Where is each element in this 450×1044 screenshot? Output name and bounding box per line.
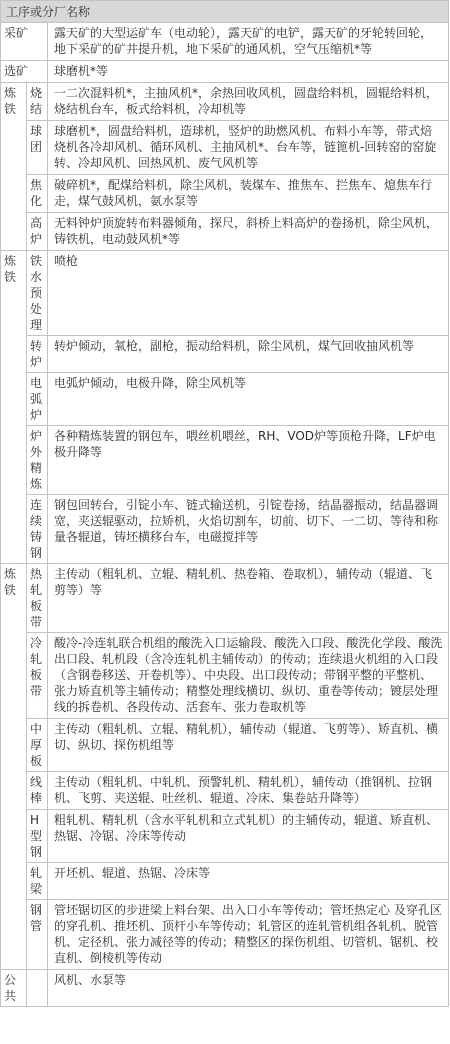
equipment-list-mining: 露天矿的大型运矿车（电动轮），露天矿的电铲，露天矿的牙轮转回轮，地下采矿的矿井提… <box>48 23 449 61</box>
subprocess-label-hot-rolled-strip: 热轧板带 <box>27 564 48 633</box>
equipment-list-public: 风机、水泵等 <box>48 970 449 1007</box>
equipment-list-hot-rolled-strip: 主传动（粗轧机、立辊、精轧机、热卷箱、卷取机），辅传动（辊道、飞剪等）等 <box>48 564 449 633</box>
table-row: 公共 风机、水泵等 <box>1 970 449 1007</box>
equipment-list-coking: 破碎机*，配煤给料机，除尘风机，装煤车、推焦车、拦焦车、熄焦车行走，煤气鼓风机，… <box>48 175 449 213</box>
subprocess-label-beam-rolling: 轧梁 <box>27 863 48 900</box>
subprocess-label-medium-plate: 中厚板 <box>27 719 48 772</box>
table-row: 炉外精炼 各种精炼装置的钢包车，喂丝机喂丝，RH、VOD炉等顶枪升降，LF炉电极… <box>1 426 449 495</box>
table-row: 炼铁 铁水预处理 喷枪 <box>1 251 449 336</box>
table-row: 连续铸钢 钢包回转台，引锭小车、链式输送机，引锭卷扬，结晶器振动，结晶器调宽，夹… <box>1 495 449 564</box>
table-row: 炼铁 烧结 一二次混料机*，主抽风机*，余热回收风机，圆盘给料机，圆辊给料机，烧… <box>1 83 449 121</box>
subprocess-label-steel-pipe: 钢管 <box>27 900 48 970</box>
equipment-list-beneficiation: 球磨机*等 <box>48 61 449 83</box>
group-label-ironmaking-1: 炼铁 <box>1 83 27 251</box>
table-row: 焦化 破碎机*，配煤给料机，除尘风机，装煤车、推焦车、拦焦车、熄焦车行走，煤气鼓… <box>1 175 449 213</box>
group-label-ironmaking-3: 炼铁 <box>1 564 27 970</box>
subprocess-label-pelletizing: 球团 <box>27 121 48 175</box>
equipment-list-hot-metal-pretreatment: 喷枪 <box>48 251 449 336</box>
table-header-row: 工序或分厂名称 <box>1 1 449 23</box>
subprocess-label-coking: 焦化 <box>27 175 48 213</box>
table-row: 球团 球磨机*，圆盘给料机，造球机，竖炉的助燃风机、布料小车等，带式焙烧机各冷却… <box>1 121 449 175</box>
table-row: 采矿 露天矿的大型运矿车（电动轮），露天矿的电铲，露天矿的牙轮转回轮，地下采矿的… <box>1 23 449 61</box>
subprocess-label-ladle-refining: 炉外精炼 <box>27 426 48 495</box>
process-label-beneficiation: 选矿 <box>1 61 48 83</box>
subprocess-label-wire-rod: 线棒 <box>27 772 48 810</box>
equipment-list-wire-rod: 主传动（粗轧机、中轧机、预警轧机、精轧机），辅传动（推钢机、拉钢机、飞剪、夹送辊… <box>48 772 449 810</box>
subprocess-label-blast-furnace: 高炉 <box>27 213 48 251</box>
equipment-list-medium-plate: 主传动（粗轧机、立辊、精轧机），辅传动（辊道、飞剪等）、矫直机、横切、纵切、探伤… <box>48 719 449 772</box>
equipment-list-converter: 转炉倾动，氧枪，副枪，振动给料机，除尘风机，煤气回收抽风机等 <box>48 336 449 373</box>
subprocess-label-converter: 转炉 <box>27 336 48 373</box>
table-row: 炼铁 热轧板带 主传动（粗轧机、立辊、精轧机、热卷箱、卷取机），辅传动（辊道、飞… <box>1 564 449 633</box>
equipment-list-sintering: 一二次混料机*，主抽风机*，余热回收风机，圆盘给料机，圆辊给料机，烧结机台车，板… <box>48 83 449 121</box>
table-row: 轧梁 开坯机、辊道、热锯、冷床等 <box>1 863 449 900</box>
table-row: 线棒 主传动（粗轧机、中轧机、预警轧机、精轧机），辅传动（推钢机、拉钢机、飞剪、… <box>1 772 449 810</box>
table-row: H型钢 粗轧机、精轧机（含水平轧机和立式轧机）的主辅传动，辊道、矫直机、热锯、冷… <box>1 810 449 863</box>
equipment-list-h-beam: 粗轧机、精轧机（含水平轧机和立式轧机）的主辅传动，辊道、矫直机、热锯、冷锯、冷床… <box>48 810 449 863</box>
process-label-mining: 采矿 <box>1 23 48 61</box>
subprocess-label-sintering: 烧结 <box>27 83 48 121</box>
equipment-list-cold-rolled-strip: 酸冷-冷连轧联合机组的酸洗入口运输段、酸洗入口段、酸洗化学段、酸洗出口段、轧机段… <box>48 633 449 719</box>
table-row: 中厚板 主传动（粗轧机、立辊、精轧机），辅传动（辊道、飞剪等）、矫直机、横切、纵… <box>1 719 449 772</box>
process-equipment-table: 工序或分厂名称 采矿 露天矿的大型运矿车（电动轮），露天矿的电铲，露天矿的牙轮转… <box>0 0 449 1007</box>
equipment-list-ladle-refining: 各种精炼装置的钢包车，喂丝机喂丝，RH、VOD炉等顶枪升降，LF炉电极升降等 <box>48 426 449 495</box>
table-row: 高炉 无料钟炉顶旋转布料器倾角，探尺，斜桥上料高炉的卷扬机，除尘风机，铸铁机，电… <box>1 213 449 251</box>
subprocess-label-electric-arc-furnace: 电弧炉 <box>27 373 48 426</box>
process-label-public: 公共 <box>1 970 27 1007</box>
equipment-list-electric-arc-furnace: 电弧炉倾动，电极升降，除尘风机等 <box>48 373 449 426</box>
equipment-list-beam-rolling: 开坯机、辊道、热锯、冷床等 <box>48 863 449 900</box>
subprocess-label-cold-rolled-strip: 冷轧板带 <box>27 633 48 719</box>
subprocess-label-hot-metal-pretreatment: 铁水预处理 <box>27 251 48 336</box>
equipment-list-steel-pipe: 管坯锯切区的步进梁上料台架、出入口小车等传动；管坯热定心 及穿孔区的穿孔机、推坯… <box>48 900 449 970</box>
equipment-list-pelletizing: 球磨机*，圆盘给料机，造球机，竖炉的助燃风机、布料小车等，带式焙烧机各冷却风机、… <box>48 121 449 175</box>
table-title: 工序或分厂名称 <box>1 1 449 23</box>
group-label-ironmaking-2: 炼铁 <box>1 251 27 564</box>
subprocess-label-continuous-casting: 连续铸钢 <box>27 495 48 564</box>
equipment-list-blast-furnace: 无料钟炉顶旋转布料器倾角，探尺，斜桥上料高炉的卷扬机，除尘风机，铸铁机，电动鼓风… <box>48 213 449 251</box>
table-row: 电弧炉 电弧炉倾动，电极升降，除尘风机等 <box>1 373 449 426</box>
table-row: 选矿 球磨机*等 <box>1 61 449 83</box>
subprocess-label-h-beam: H型钢 <box>27 810 48 863</box>
table-row: 冷轧板带 酸冷-冷连轧联合机组的酸洗入口运输段、酸洗入口段、酸洗化学段、酸洗出口… <box>1 633 449 719</box>
empty-cell <box>27 970 48 1007</box>
equipment-list-continuous-casting: 钢包回转台，引锭小车、链式输送机，引锭卷扬，结晶器振动，结晶器调宽，夹送辊驱动，… <box>48 495 449 564</box>
table-row: 转炉 转炉倾动，氧枪，副枪，振动给料机，除尘风机，煤气回收抽风机等 <box>1 336 449 373</box>
table-row: 钢管 管坯锯切区的步进梁上料台架、出入口小车等传动；管坯热定心 及穿孔区的穿孔机… <box>1 900 449 970</box>
